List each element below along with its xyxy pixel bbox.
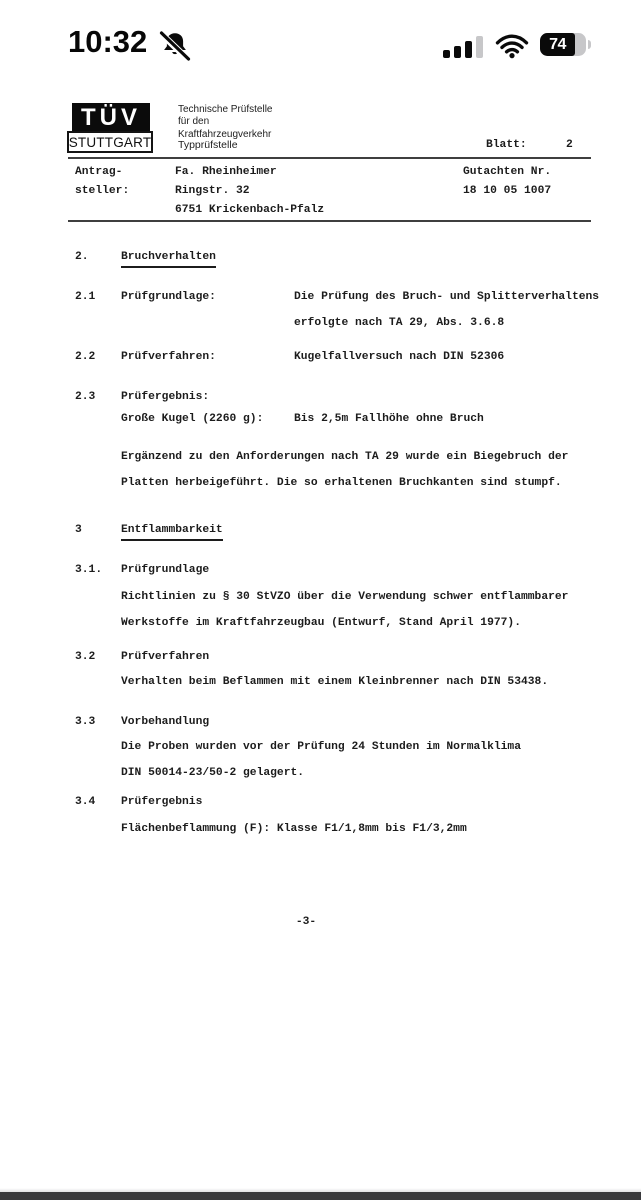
sheet-label: Blatt: xyxy=(486,138,527,152)
clause-3-2-number: 3.2 xyxy=(75,650,95,664)
report-number-label: Gutachten Nr. xyxy=(463,165,551,179)
clause-2-2-number: 2.2 xyxy=(75,350,95,364)
header-rule-top xyxy=(68,157,591,159)
clause-3-4-label: Prüfergebnis xyxy=(121,795,202,809)
applicant-city: 6751 Krickenbach-Pfalz xyxy=(175,203,324,217)
clause-3-3-label: Vorbehandlung xyxy=(121,715,209,729)
sheet-number: 2 xyxy=(566,138,573,152)
section-3-heading: Entflammbarkeit xyxy=(121,523,223,541)
section-2-heading: Bruchverhalten xyxy=(121,250,216,268)
section-2-number: 2. xyxy=(75,250,89,264)
office-line-1: Technische Prüfstelle xyxy=(178,104,273,116)
clause-2-1-value-line1: Die Prüfung des Bruch- und Splitterverha… xyxy=(294,290,599,304)
page-number: -3- xyxy=(0,915,612,929)
clause-2-3-result-label: Große Kugel (2260 g): xyxy=(121,412,263,426)
clause-2-1-label: Prüfgrundlage: xyxy=(121,290,216,304)
clause-3-1-label: Prüfgrundlage xyxy=(121,563,209,577)
clause-3-3-number: 3.3 xyxy=(75,715,95,729)
clause-2-2-label: Prüfverfahren: xyxy=(121,350,216,364)
document-page[interactable]: TÜV STUTTGART Technische Prüfstelle für … xyxy=(0,0,641,1200)
report-number-value: 18 10 05 1007 xyxy=(463,184,551,198)
clause-3-1-text-line2: Werkstoffe im Kraftfahrzeugbau (Entwurf,… xyxy=(121,616,521,630)
clause-2-3-label: Prüfergebnis: xyxy=(121,390,209,404)
clause-3-4-number: 3.4 xyxy=(75,795,95,809)
section-2-note-line2: Platten herbeigeführt. Die so erhaltenen… xyxy=(121,476,562,490)
clause-2-1-number: 2.1 xyxy=(75,290,95,304)
applicant-label-line1: Antrag- xyxy=(75,165,122,179)
screen: 10:32 74 TÜV STUTTGART Technische Prüfst… xyxy=(0,0,641,1200)
applicant-name: Fa. Rheinheimer xyxy=(175,165,277,179)
header-rule-bottom xyxy=(68,220,591,222)
clause-3-2-label: Prüfverfahren xyxy=(121,650,209,664)
section-3-number: 3 xyxy=(75,523,82,537)
clause-2-1-value-line2: erfolgte nach TA 29, Abs. 3.6.8 xyxy=(294,316,504,330)
clause-3-3-text-line2: DIN 50014-23/50-2 gelagert. xyxy=(121,766,304,780)
tuv-logo-mark: TÜV xyxy=(72,103,150,132)
letterhead-office: Technische Prüfstelle für den Kraftfahrz… xyxy=(178,104,273,141)
letterhead-department: Typprüfstelle xyxy=(178,139,238,151)
bottom-edge-bar xyxy=(0,1192,641,1200)
clause-3-1-number: 3.1. xyxy=(75,563,102,577)
clause-2-3-result-value: Bis 2,5m Fallhöhe ohne Bruch xyxy=(294,412,484,426)
clause-2-3-number: 2.3 xyxy=(75,390,95,404)
applicant-street: Ringstr. 32 xyxy=(175,184,250,198)
clause-3-4-text-line1: Flächenbeflammung (F): Klasse F1/1,8mm b… xyxy=(121,822,467,836)
office-line-2: für den xyxy=(178,116,273,128)
clause-3-3-text-line1: Die Proben wurden vor der Prüfung 24 Stu… xyxy=(121,740,521,754)
tuv-logo-city: STUTTGART xyxy=(67,131,153,153)
applicant-label-line2: steller: xyxy=(75,184,129,198)
clause-2-2-value: Kugelfallversuch nach DIN 52306 xyxy=(294,350,504,364)
tuv-logo: TÜV STUTTGART xyxy=(67,103,153,153)
section-2-note-line1: Ergänzend zu den Anforderungen nach TA 2… xyxy=(121,450,568,464)
clause-3-1-text-line1: Richtlinien zu § 30 StVZO über die Verwe… xyxy=(121,590,568,604)
clause-3-2-text-line1: Verhalten beim Beflammen mit einem Klein… xyxy=(121,675,548,689)
